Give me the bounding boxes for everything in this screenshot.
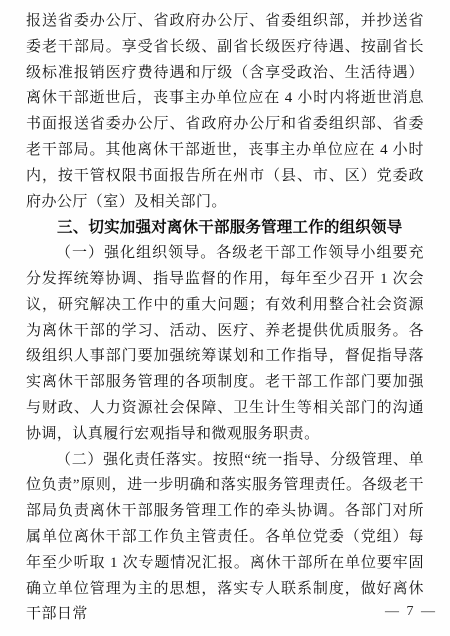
document-page: 报送省委办公厅、省政府办公厅、省委组织部，并抄送省委老干部局。享受省长级、副省长… bbox=[0, 0, 450, 636]
section-heading: 三、切实加强对离休干部服务管理工作的组织领导 bbox=[26, 215, 424, 241]
paragraph-continuation: 报送省委办公厅、省政府办公厅、省委组织部，并抄送省委老干部局。享受省长级、副省长… bbox=[26, 9, 424, 215]
paragraph-item-1: （一）强化组织领导。各级老干部工作领导小组要充分发挥统筹协调、指导监督的作用，每… bbox=[26, 241, 424, 447]
page-number: — 7 — bbox=[385, 604, 437, 620]
paragraph-item-2: （二）强化责任落实。按照“统一指导、分级管理、单位负责”原则，进一步明确和落实服… bbox=[26, 448, 424, 629]
